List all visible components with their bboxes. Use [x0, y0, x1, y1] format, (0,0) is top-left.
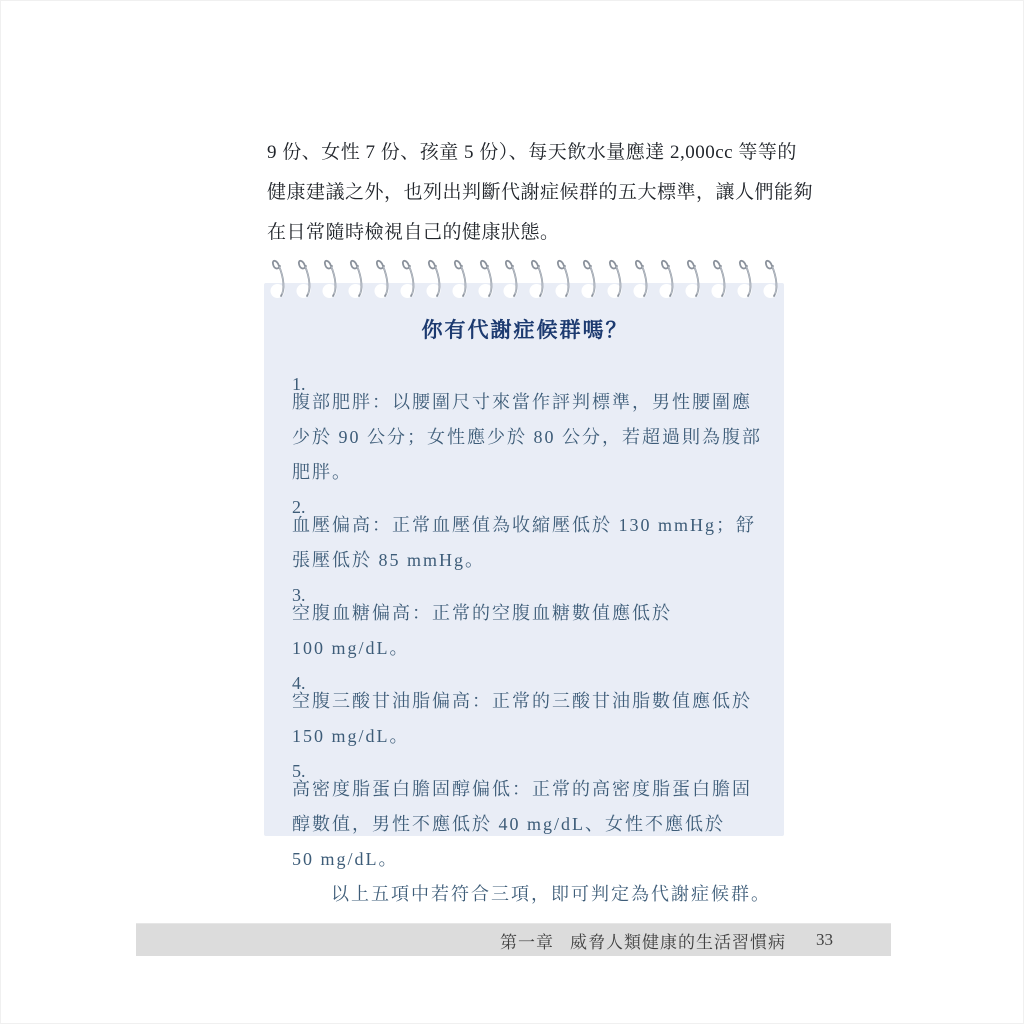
- item-line: 空腹血糖偏高：正常的空腹血糖數值應低於: [292, 596, 758, 631]
- note-title: 你有代謝症候群嗎？: [292, 316, 758, 346]
- intro-line: 健康建議之外，也列出判斷代謝症候群的五大標準，讓人們能夠: [267, 173, 807, 213]
- spiral-ring-icon: [632, 254, 649, 306]
- spiral-ring-icon: [451, 254, 468, 306]
- note-paper: 你有代謝症候群嗎？ 1. 腹部肥胖：以腰圍尺寸來當作評判標準，男性腰圍應 少於 …: [264, 283, 784, 836]
- item-line: 空腹三酸甘油脂偏高：正常的三酸甘油脂數值應低於: [292, 684, 758, 719]
- spiral-ring-icon: [425, 254, 442, 306]
- intro-line: 9 份、女性 7 份、孩童 5 份）、每天飲水量應達 2,000cc 等等的: [267, 133, 807, 173]
- conclusion-line: 以上五項中若符合三項，即可判定為代謝症候群。: [331, 877, 758, 912]
- item-line: 150 mg/dL。: [292, 719, 758, 754]
- criteria-item-4: 4. 空腹三酸甘油脂偏高：正常的三酸甘油脂數值應低於 150 mg/dL。: [292, 666, 758, 754]
- footer-page-number: 33: [816, 930, 833, 950]
- spiral-ring-icon: [684, 254, 701, 306]
- footer-chapter: 第一章: [500, 928, 554, 953]
- item-number: 1.: [292, 367, 318, 402]
- intro-paragraph: 9 份、女性 7 份、孩童 5 份）、每天飲水量應達 2,000cc 等等的 健…: [267, 133, 807, 253]
- spiral-ring-icon: [658, 254, 675, 306]
- page-footer: 第一章 威脅人類健康的生活習慣病 33: [136, 923, 891, 956]
- criteria-item-1: 1. 腹部肥胖：以腰圍尺寸來當作評判標準，男性腰圍應 少於 90 公分；女性應少…: [292, 367, 758, 490]
- spiral-ring-icon: [710, 254, 727, 306]
- item-line: 高密度脂蛋白膽固醇偏低：正常的高密度脂蛋白膽固: [292, 772, 758, 807]
- item-number: 2.: [292, 490, 318, 525]
- spiral-ring-icon: [554, 254, 571, 306]
- item-number: 5.: [292, 754, 318, 789]
- item-line: 張壓低於 85 mmHg。: [292, 543, 758, 578]
- footer-section-title: 威脅人類健康的生活習慣病: [570, 928, 786, 953]
- metabolic-syndrome-note-card: 你有代謝症候群嗎？ 1. 腹部肥胖：以腰圍尺寸來當作評判標準，男性腰圍應 少於 …: [264, 254, 784, 836]
- item-line: 100 mg/dL。: [292, 631, 758, 666]
- spiral-ring-icon: [477, 254, 494, 306]
- spiral-ring-icon: [762, 254, 779, 306]
- spiral-binding: [264, 254, 784, 306]
- spiral-ring-icon: [528, 254, 545, 306]
- criteria-item-2: 2. 血壓偏高：正常血壓值為收縮壓低於 130 mmHg；舒 張壓低於 85 m…: [292, 490, 758, 578]
- item-line: 肥胖。: [292, 455, 758, 490]
- spiral-ring-icon: [295, 254, 312, 306]
- spiral-ring-icon: [347, 254, 364, 306]
- spiral-ring-icon: [606, 254, 623, 306]
- criteria-item-3: 3. 空腹血糖偏高：正常的空腹血糖數值應低於 100 mg/dL。: [292, 578, 758, 666]
- item-line: 腹部肥胖：以腰圍尺寸來當作評判標準，男性腰圍應: [292, 385, 758, 420]
- book-page: 9 份、女性 7 份、孩童 5 份）、每天飲水量應達 2,000cc 等等的 健…: [0, 0, 1024, 1024]
- item-line: 50 mg/dL。: [292, 842, 758, 877]
- item-number: 3.: [292, 578, 318, 613]
- spiral-ring-icon: [399, 254, 416, 306]
- item-line: 醇數值，男性不應低於 40 mg/dL、女性不應低於: [292, 807, 758, 842]
- intro-line: 在日常隨時檢視自己的健康狀態。: [267, 213, 807, 253]
- item-line: 血壓偏高：正常血壓值為收縮壓低於 130 mmHg；舒: [292, 508, 758, 543]
- spiral-ring-icon: [373, 254, 390, 306]
- criteria-list: 1. 腹部肥胖：以腰圍尺寸來當作評判標準，男性腰圍應 少於 90 公分；女性應少…: [292, 367, 758, 877]
- spiral-ring-icon: [269, 254, 286, 306]
- spiral-ring-icon: [580, 254, 597, 306]
- spiral-ring-icon: [736, 254, 753, 306]
- spiral-ring-icon: [321, 254, 338, 306]
- spiral-ring-icon: [502, 254, 519, 306]
- item-line: 少於 90 公分；女性應少於 80 公分，若超過則為腹部: [292, 420, 758, 455]
- criteria-item-5: 5. 高密度脂蛋白膽固醇偏低：正常的高密度脂蛋白膽固 醇數值，男性不應低於 40…: [292, 754, 758, 877]
- item-number: 4.: [292, 666, 318, 701]
